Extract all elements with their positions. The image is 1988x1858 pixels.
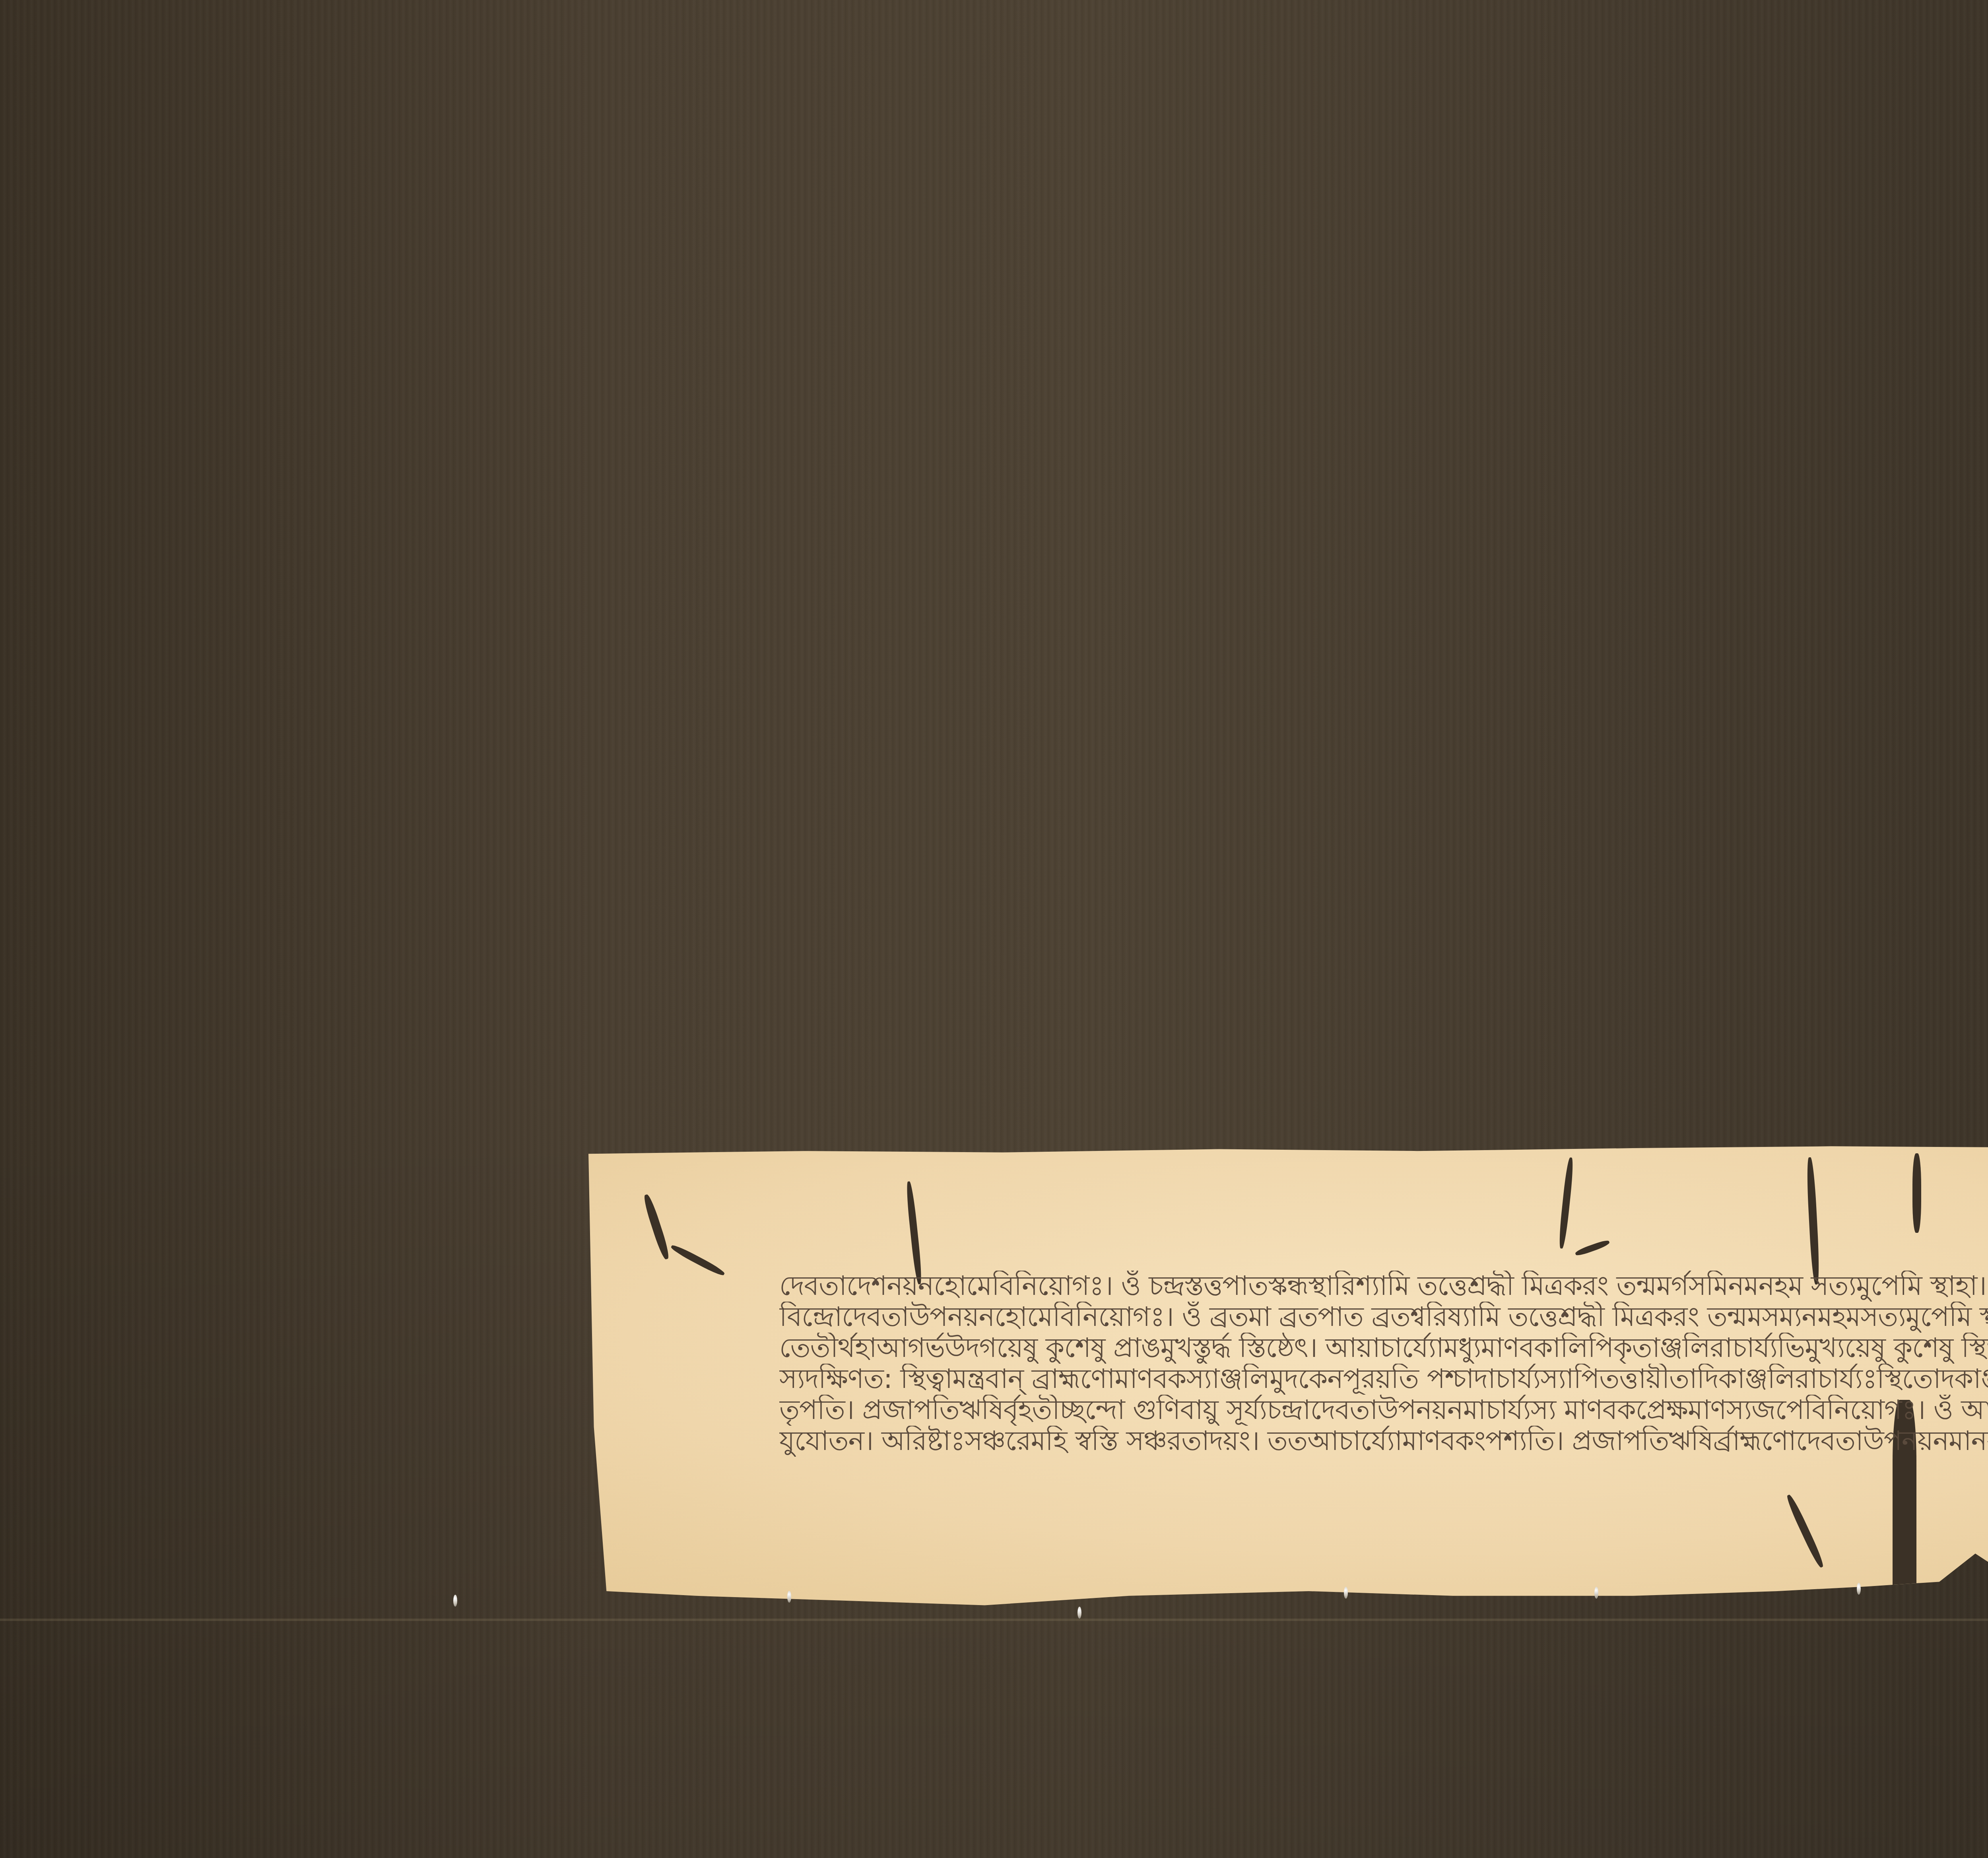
mounting-pin [787, 1591, 791, 1603]
text-line-2: বিন্দ্রোদেবতাউপনয়নহোমেবিনিয়োগঃ। ওঁ ব্র… [779, 1302, 1988, 1333]
mounting-pin [1077, 1607, 1081, 1619]
mounting-pin [1344, 1587, 1348, 1599]
paper-crack [1912, 1153, 1921, 1233]
manuscript-text: দেবতাদেশনয়নহোমেবিনিয়োগঃ। ওঁ চন্দ্রস্তত… [779, 1271, 1988, 1457]
text-line-1: দেবতাদেশনয়নহোমেবিনিয়োগঃ। ওঁ চন্দ্রস্তত… [779, 1271, 1988, 1302]
text-line-6: যুযোতন। অরিষ্টাঃসঞ্চরেমহি স্বস্তি সঞ্চরত… [779, 1426, 1988, 1457]
mounting-pin [453, 1595, 457, 1607]
text-line-3: তেতীর্থহাআগর্ভউদগয়েষু কুশেষু প্রাঙমুখস্… [779, 1333, 1988, 1364]
paper-crack [670, 1243, 726, 1277]
paper-crack [1574, 1239, 1610, 1257]
mounting-pin [1594, 1587, 1598, 1599]
mount-edge-line [0, 1619, 1988, 1621]
text-line-5: তৃপতি। প্রজাপতিঋষির্বৃহতীচ্ছন্দো গুণিবায… [779, 1395, 1988, 1426]
paper-crack [1785, 1493, 1826, 1569]
manuscript-leaf: দেবতাদেশনয়নহোমেবিনিয়োগঃ। ওঁ চন্দ্রস্তত… [588, 1145, 1988, 1615]
paper-crack [1558, 1157, 1574, 1249]
paper-crack [905, 1181, 923, 1285]
text-line-4: স্যদক্ষিণত: স্থিত্বামন্ত্রবান্ ব্রাহ্মণো… [779, 1364, 1988, 1395]
paper-crack [642, 1193, 671, 1260]
mounting-pin [1857, 1583, 1861, 1595]
paper-crack [1806, 1157, 1821, 1285]
